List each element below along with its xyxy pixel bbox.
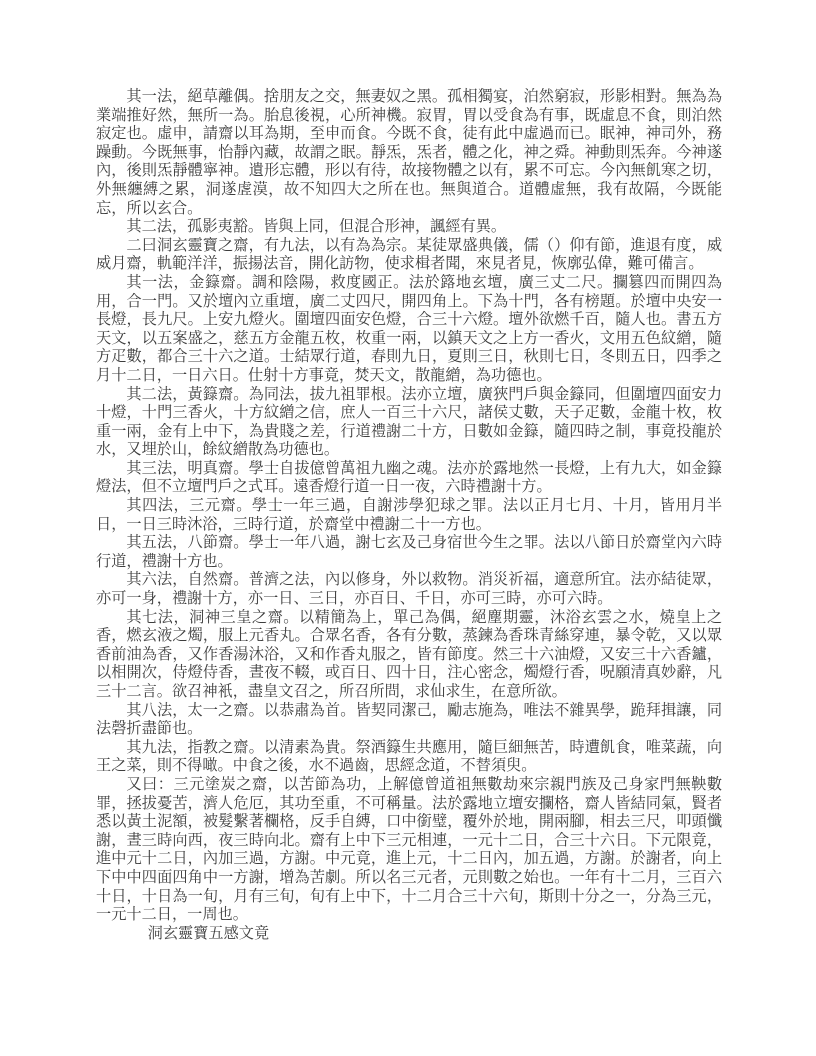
- paragraph: 又曰：三元塗炭之齋，以苦節為功，上解億曾道祖無數劫來宗親門族及己身家門無鞅數罪，…: [96, 776, 722, 925]
- paragraph: 其四法，三元齋。學士一年三過，自謝涉學犯球之罪。法以正月七月、十月，皆用月半日，…: [96, 497, 722, 534]
- paragraph: 其一法，金籙齋。調和陰陽，救度國正。法於簬地玄壇，廣三丈二尺。攔篡四而開四為用，…: [96, 274, 722, 386]
- paragraph: 其二法，黃籙齋。為同法，拔九祖罪根。法亦立壇，廣狹門戶與金籙同，但圍壇四面安力十…: [96, 386, 722, 460]
- paragraph: 其一法，絕草離偶。捨朋友之交，無妻奴之黑。孤相獨宴，泊然窮寂，形影相對。無為為業…: [96, 88, 722, 218]
- paragraph: 其九法，指教之齋。以清素為貴。祭酒籙生共應用，隨巨細無苦，時遭飢食，唯菜蔬，向王…: [96, 739, 722, 776]
- paragraph: 二曰洞玄靈寶之齋，有九法，以有為為宗。某徒眾盛典儀，儒（）仰有節，進退有度，威威…: [96, 237, 722, 274]
- paragraph: 其二法，孤影夷豁。皆與上同，但混合形神，諷經有異。: [96, 218, 722, 237]
- colophon-line: 洞玄靈寶五感文竟: [96, 925, 722, 944]
- paragraph: 其七法，洞神三皇之齋。以精簡為上，單己為偶，絕塵期靈，沐浴玄雲之水，燒皇上之香，…: [96, 609, 722, 702]
- paragraph: 其三法，明真齋。學士自拔億曾萬祖九幽之魂。法亦於露地然一長燈，上有九大，如金籙燈…: [96, 460, 722, 497]
- paragraph: 其六法，自然齋。普濟之法，內以修身，外以救物。消災祈福，適意所宜。法亦結徒眾，亦…: [96, 571, 722, 608]
- document-page: 其一法，絕草離偶。捨朋友之交，無妻奴之黑。孤相獨宴，泊然窮寂，形影相對。無為為業…: [0, 0, 816, 1056]
- text-block: 其一法，絕草離偶。捨朋友之交，無妻奴之黑。孤相獨宴，泊然窮寂，形影相對。無為為業…: [96, 88, 722, 943]
- paragraph: 其八法，太一之齋。以恭肅為首。皆契同潔己，勵志施為，唯法不雜異學，跪拜揖讓，同法…: [96, 702, 722, 739]
- paragraphs: 其一法，絕草離偶。捨朋友之交，無妻奴之黑。孤相獨宴，泊然窮寂，形影相對。無為為業…: [96, 88, 722, 925]
- paragraph: 其五法，八節齋。學士一年八過，謝七玄及己身宿世今生之罪。法以八節日於齋堂內六時行…: [96, 534, 722, 571]
